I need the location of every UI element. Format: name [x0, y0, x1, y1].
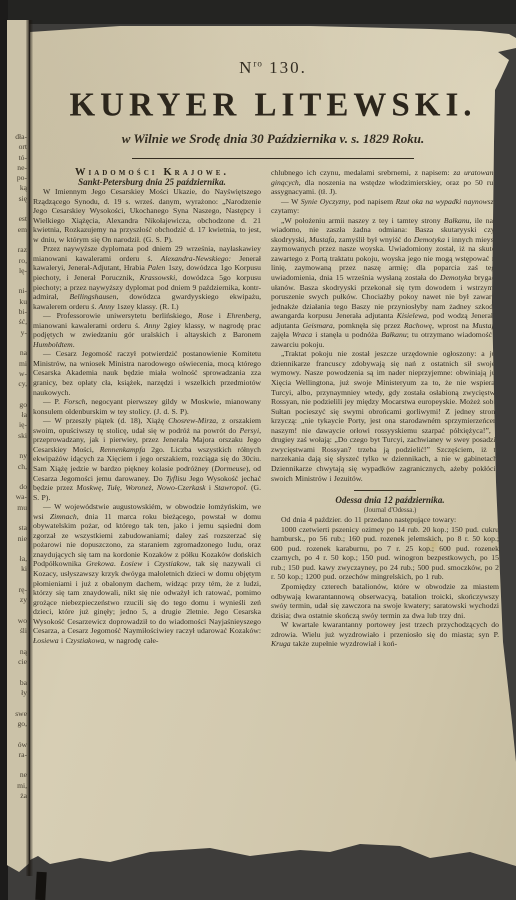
- edge-fragment: ką: [7, 183, 27, 193]
- masthead: Nro 130. KURYER LITEWSKI. w Wilnie we Sr…: [30, 22, 516, 159]
- edge-fragment: ort: [7, 142, 27, 152]
- edge-fragment: [7, 513, 27, 523]
- edge-fragment: ki: [7, 564, 27, 574]
- edge-fragment: [7, 729, 27, 739]
- paragraph: — Professorowie uniwersytetu berlińskieg…: [33, 311, 261, 349]
- edge-fragment: ów: [7, 740, 27, 750]
- edge-fragment: nie: [7, 534, 27, 544]
- edge-fragment: [7, 760, 27, 770]
- edge-fragment: y-: [7, 328, 27, 338]
- bottom-tear-mark: [35, 872, 46, 900]
- edge-fragment: lę-: [7, 266, 27, 276]
- right-column-paragraphs-top: chlubnego ich czynu, medalami srebrnemi,…: [271, 168, 499, 483]
- edge-fragment: mi,: [7, 781, 27, 791]
- paragraph: — P. Forsch, negocyant pierwszey gildy w…: [33, 397, 261, 416]
- edge-fragment: cie: [7, 657, 27, 667]
- edge-fragment: ni-: [7, 286, 27, 296]
- edge-fragment: ra-: [7, 750, 27, 760]
- edge-fragment: [7, 698, 27, 708]
- paragraph: W kwartale kwarantanny portowey jest trz…: [271, 620, 499, 649]
- edge-fragment: ski: [7, 431, 27, 441]
- paragraph: „Traktat pokoju nie został jeszcze urzęd…: [271, 349, 499, 483]
- edge-fragment: [7, 472, 27, 482]
- edge-fragment: [7, 338, 27, 348]
- edge-fragment: [7, 276, 27, 286]
- edge-fragment: śli: [7, 626, 27, 636]
- edge-fragment: ną: [7, 647, 27, 657]
- edge-fragment: [7, 389, 27, 399]
- dateline-petersburg: Sankt-Petersburg dnia 25 października.: [33, 178, 261, 188]
- paragraph: Przez naywyższe dyplomata pod dniem 29 w…: [33, 244, 261, 311]
- edge-fragment: rę-: [7, 585, 27, 595]
- issue-number: Nro 130.: [30, 58, 516, 78]
- edge-fragment: bi-: [7, 307, 27, 317]
- edge-fragment: się: [7, 194, 27, 204]
- edge-fragment: [7, 441, 27, 451]
- paragraph: Zpomiędzy czterech batalionów, które w o…: [271, 582, 499, 620]
- paragraph: — Cesarz Jegomość raczył potwierdzić pos…: [33, 349, 261, 397]
- edge-fragment: do: [7, 482, 27, 492]
- edge-fragment: ża: [7, 791, 27, 801]
- edge-fragment: dła-: [7, 132, 27, 142]
- edge-fragment: est: [7, 214, 27, 224]
- paragraph: — W przeszły piątek (d. 18), Xiążę Chosr…: [33, 416, 261, 502]
- edge-fragment: em: [7, 225, 27, 235]
- paragraph: — W wojewódstwie augustowskiém, w obwodz…: [33, 502, 261, 645]
- paragraph: Od dnia 4 paździer. do 11 przedano nastę…: [271, 515, 499, 525]
- edge-fragment: ła: [7, 410, 27, 420]
- edge-fragment: sta: [7, 523, 27, 533]
- dateline-odessa: Odessa dnia 12 października.: [271, 496, 499, 506]
- publication-dateline: w Wilnie we Srodę dnia 30 Października v…: [30, 131, 516, 147]
- edge-fragment: na: [7, 348, 27, 358]
- right-column: chlubnego ich czynu, medalami srebrnemi,…: [271, 168, 499, 649]
- paragraph: chlubnego ich czynu, medalami srebrnemi,…: [271, 168, 499, 197]
- edge-fragment: [7, 235, 27, 245]
- edge-fragment: ść,: [7, 317, 27, 327]
- edge-fragment: go: [7, 400, 27, 410]
- gutter-fold-shadow: [26, 20, 33, 876]
- source-journal-odessa: (Journal d'Odessa.): [271, 506, 499, 516]
- scan-backdrop-top: [0, 0, 516, 24]
- edge-fragment: go,: [7, 719, 27, 729]
- edge-fragment: zy: [7, 595, 27, 605]
- newspaper-page: Nro 130. KURYER LITEWSKI. w Wilnie we Sr…: [30, 22, 516, 880]
- left-column: Wiadomości Krajowe. Sankt-Petersburg dni…: [33, 168, 261, 649]
- edge-fragment: ły: [7, 688, 27, 698]
- edge-fragment: ię-: [7, 420, 27, 430]
- section-rule: [354, 490, 416, 491]
- edge-fragment: swe: [7, 709, 27, 719]
- edge-fragment: tó-: [7, 153, 27, 163]
- paragraph: — W Synie Oyczyzny, pod napisem Rzut oka…: [271, 197, 499, 216]
- edge-fragment: w-: [7, 369, 27, 379]
- left-column-paragraphs: W Imiennym Jego Cesarskiey Mości Ukazie,…: [33, 187, 261, 645]
- paragraph: „W położeniu armii naszey z tey i tamtey…: [271, 216, 499, 350]
- edge-fragment: mu: [7, 503, 27, 513]
- issue-ordinal-sup: ro: [253, 58, 263, 68]
- edge-fragment: [7, 637, 27, 647]
- edge-fragment: ne: [7, 770, 27, 780]
- edge-fragment: [7, 575, 27, 585]
- edge-fragment: [7, 544, 27, 554]
- issue-prefix: N: [239, 58, 253, 77]
- issue-value: 130.: [263, 58, 307, 77]
- edge-fragment: po-: [7, 173, 27, 183]
- edge-fragment: [7, 204, 27, 214]
- edge-fragment: wo: [7, 616, 27, 626]
- edge-fragment: ch,: [7, 462, 27, 472]
- edge-fragment: ła,: [7, 554, 27, 564]
- paragraph: W Imiennym Jego Cesarskiey Mości Ukazie,…: [33, 187, 261, 244]
- edge-fragment: ba: [7, 678, 27, 688]
- adjacent-page-fragments: dła-orttó-ne-po-kąsię estem razro,lę- ni…: [7, 20, 27, 801]
- edge-fragment: ku: [7, 297, 27, 307]
- edge-fragment: ne-: [7, 163, 27, 173]
- right-column-paragraphs-bottom: Od dnia 4 paździer. do 11 przedano nastę…: [271, 515, 499, 649]
- edge-fragment: [7, 667, 27, 677]
- edge-fragment: mi: [7, 359, 27, 369]
- edge-fragment: raz: [7, 245, 27, 255]
- edge-fragment: cy,: [7, 379, 27, 389]
- edge-fragment: [7, 606, 27, 616]
- edge-fragment: ny: [7, 451, 27, 461]
- paragraph: 1000 czetwierti pszenicy ozimey po 14 ru…: [271, 525, 499, 582]
- edge-fragment: wa-: [7, 492, 27, 502]
- newspaper-title: KURYER LITEWSKI.: [30, 86, 516, 124]
- news-columns: Wiadomości Krajowe. Sankt-Petersburg dni…: [30, 159, 516, 649]
- scan-backdrop-left: [0, 0, 8, 900]
- edge-fragment: ro,: [7, 256, 27, 266]
